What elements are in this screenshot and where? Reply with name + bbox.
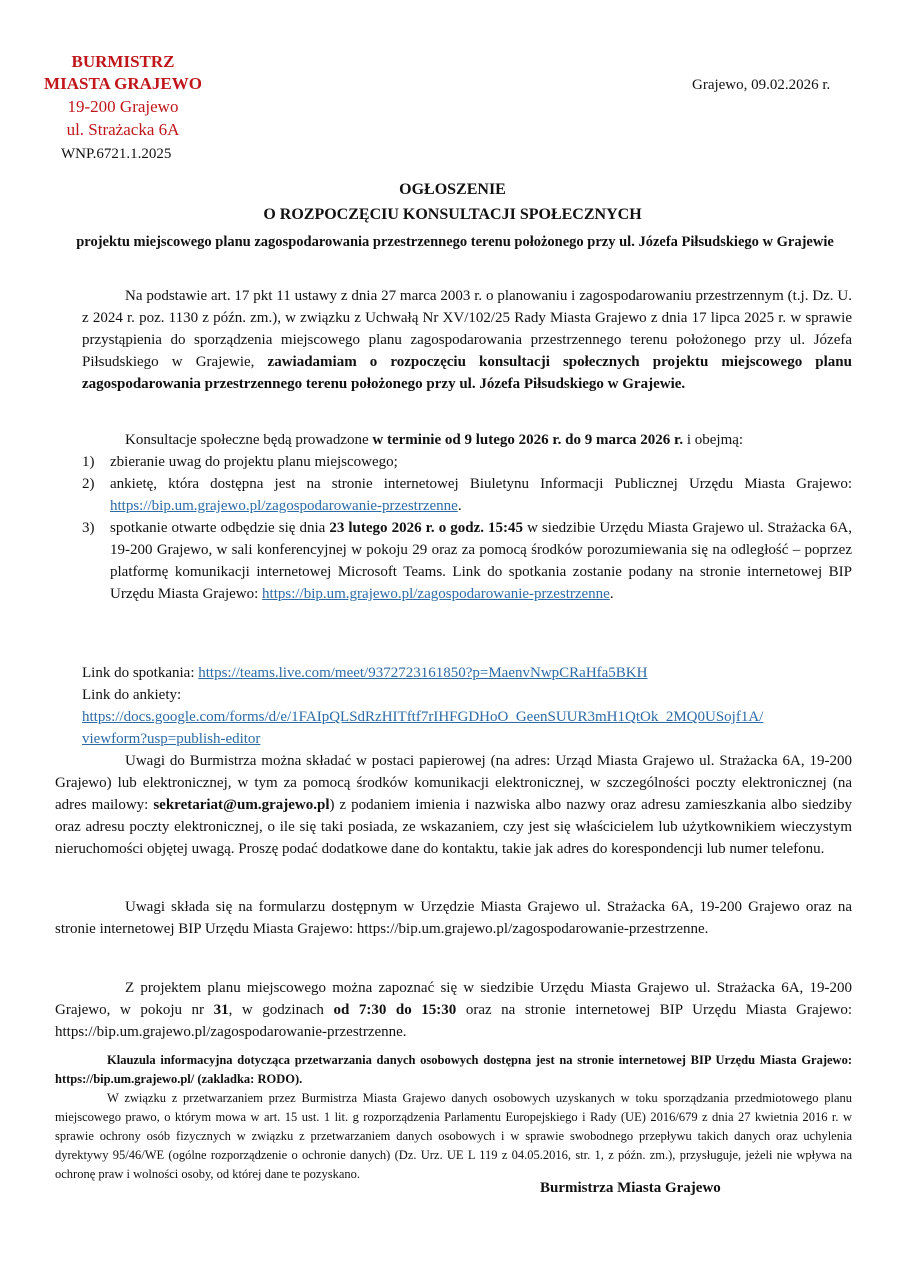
consultation-list: 1) zbieranie uwag do projektu planu miej… bbox=[82, 451, 852, 605]
list-punct: . bbox=[610, 586, 614, 602]
letterhead-title: BURMISTRZ bbox=[13, 52, 233, 72]
consultation-lead-text: Konsultacje społeczne będą prowadzone bbox=[125, 432, 372, 448]
consultation-section: Konsultacje społeczne będą prowadzone w … bbox=[55, 429, 852, 605]
document-subject: projektu miejscowego planu zagospodarowa… bbox=[40, 231, 870, 253]
letterhead-city: MIASTA GRAJEWO bbox=[13, 74, 233, 94]
intro-paragraph: Na podstawie art. 17 pkt 11 ustawy z dni… bbox=[82, 285, 852, 395]
consultation-term: w terminie od 9 lutego 2026 r. do 9 marc… bbox=[372, 432, 683, 448]
rodo-clause-text: W związku z przetwarzaniem przez Burmist… bbox=[55, 1089, 852, 1184]
survey-form-link[interactable]: https://docs.google.com/forms/d/e/1FAIpQ… bbox=[82, 709, 763, 725]
document-title: OGŁOSZENIE bbox=[0, 181, 905, 199]
remarks-paragraph: Uwagi do Burmistrza można składać w post… bbox=[55, 750, 852, 860]
teams-meeting-link[interactable]: https://teams.live.com/meet/937272316185… bbox=[198, 665, 647, 681]
room-number: 31 bbox=[214, 1002, 229, 1018]
meeting-link-label: Link do spotkania: bbox=[82, 665, 198, 681]
rodo-clause-heading: Klauzula informacyjna dotycząca przetwar… bbox=[55, 1051, 852, 1089]
list-text: zbieranie uwag do projektu planu miejsco… bbox=[110, 454, 398, 470]
office-hours: od 7:30 do 15:30 bbox=[333, 1002, 456, 1018]
links-block: Link do spotkania: https://teams.live.co… bbox=[82, 662, 852, 750]
project-access-paragraph: Z projektem planu miejscowego można zapo… bbox=[55, 977, 852, 1043]
list-punct: . bbox=[458, 498, 462, 514]
meeting-datetime: 23 lutego 2026 r. o godz. 15:45 bbox=[329, 520, 523, 536]
list-number: 3) bbox=[82, 517, 95, 539]
letterhead-street: ul. Strażacka 6A bbox=[13, 120, 233, 140]
survey-link-label: Link do ankiety: bbox=[82, 684, 852, 706]
list-text: ankietę, która dostępna jest na stronie … bbox=[110, 476, 852, 492]
list-item: 1) zbieranie uwag do projektu planu miej… bbox=[82, 451, 852, 473]
reference-number: WNP.6721.1.2025 bbox=[61, 146, 171, 163]
consultation-tail: i obejmą: bbox=[683, 432, 743, 448]
list-item: 2) ankietę, która dostępna jest na stron… bbox=[82, 473, 852, 517]
document-subtitle: O ROZPOCZĘCIU KONSULTACJI SPOŁECZNYCH bbox=[0, 206, 905, 224]
list-number: 2) bbox=[82, 473, 95, 495]
form-info-paragraph: Uwagi składa się na formularzu dostępnym… bbox=[55, 896, 852, 940]
document-date: Grajewo, 09.02.2026 r. bbox=[692, 77, 830, 94]
survey-bip-link[interactable]: https://bip.um.grajewo.pl/zagospodarowan… bbox=[110, 498, 458, 514]
signature: Burmistrza Miasta Grajewo bbox=[540, 1180, 721, 1197]
list-number: 1) bbox=[82, 451, 95, 473]
list-item: 3) spotkanie otwarte odbędzie się dnia 2… bbox=[82, 517, 852, 605]
meeting-link-line: Link do spotkania: https://teams.live.co… bbox=[82, 662, 852, 684]
list-text: spotkanie otwarte odbędzie się dnia bbox=[110, 520, 329, 536]
letterhead-postal: 19-200 Grajewo bbox=[13, 97, 233, 117]
access-text-2: , w godzinach bbox=[229, 1002, 334, 1018]
contact-email: sekretariat@um.grajewo.pl bbox=[153, 797, 329, 813]
survey-form-link-continued[interactable]: viewform?usp=publish-editor bbox=[82, 731, 260, 747]
meeting-bip-link[interactable]: https://bip.um.grajewo.pl/zagospodarowan… bbox=[262, 586, 610, 602]
consultation-lead: Konsultacje społeczne będą prowadzone w … bbox=[55, 429, 852, 451]
